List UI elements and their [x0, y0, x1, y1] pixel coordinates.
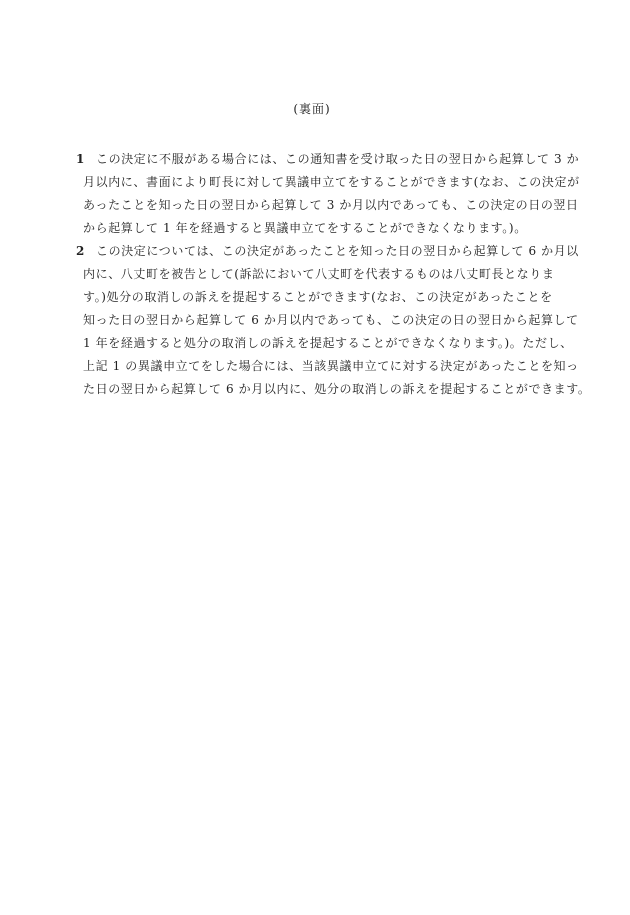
- note-2-line-5: 1 年を経過すると処分の取消しの訴えを提起することができなくなります。)。ただし…: [83, 333, 573, 353]
- note-1-line-1: この決定に不服がある場合には、この通知書を受け取った日の翌日から起算して 3 か: [96, 149, 579, 169]
- page-heading-reverse-side: (裏面): [0, 101, 627, 117]
- note-2-line-3: す。)処分の取消しの訴えを提起することができます(なお、この決定があったことを: [83, 287, 553, 307]
- note-2-line-6: 上記 1 の異議申立てをした場合には、当該異議申立てに対する決定があったことを知…: [83, 356, 579, 376]
- note-1-line-4: から起算して 1 年を経過すると異議申立てをすることができなくなります。)。: [83, 218, 527, 238]
- note-1-line-2: 月以内に、書面により町長に対して異議申立てをすることができます(なお、この決定が: [83, 172, 580, 192]
- note-2-line-4: 知った日の翌日から起算して 6 か月以内であっても、この決定の日の翌日から起算し…: [83, 310, 579, 330]
- note-2-number: 2: [76, 241, 84, 261]
- note-2-line-7: た日の翌日から起算して 6 か月以内に、処分の取消しの訴えを提起することができま…: [83, 379, 591, 399]
- note-2-line-2: 内に、八丈町を被告として(訴訟において八丈町を代表するものは八丈町長となりま: [83, 264, 555, 284]
- note-2-line-1: この決定については、この決定があったことを知った日の翌日から起算して 6 か月以: [96, 241, 579, 261]
- note-1-line-3: あったことを知った日の翌日から起算して 3 か月以内であっても、この決定の日の翌…: [83, 195, 579, 215]
- note-1-number: 1: [76, 149, 84, 169]
